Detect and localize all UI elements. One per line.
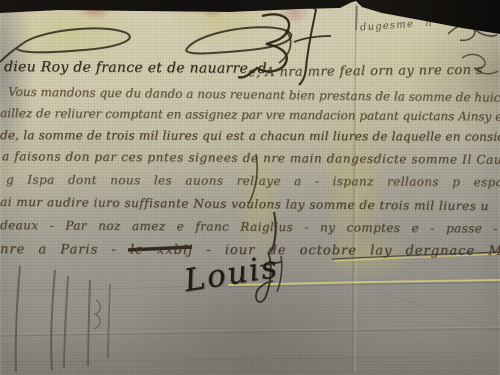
manuscript-line: g Ispa dont nous les auons rellaye a - i… [6, 173, 500, 190]
manuscript-line: dieu Roy de france et de nauarre, d [4, 59, 267, 77]
manuscript-line: de, la somme de trois mil liures qui est… [0, 128, 500, 144]
manuscript-photo: dieu Roy de france et de nauarre, d e, A… [0, 0, 500, 375]
manuscript-line: e, A nra mre feal orn ay nre con s [248, 63, 483, 80]
parchment-sheet: dieu Roy de france et de nauarre, d e, A… [0, 0, 500, 375]
